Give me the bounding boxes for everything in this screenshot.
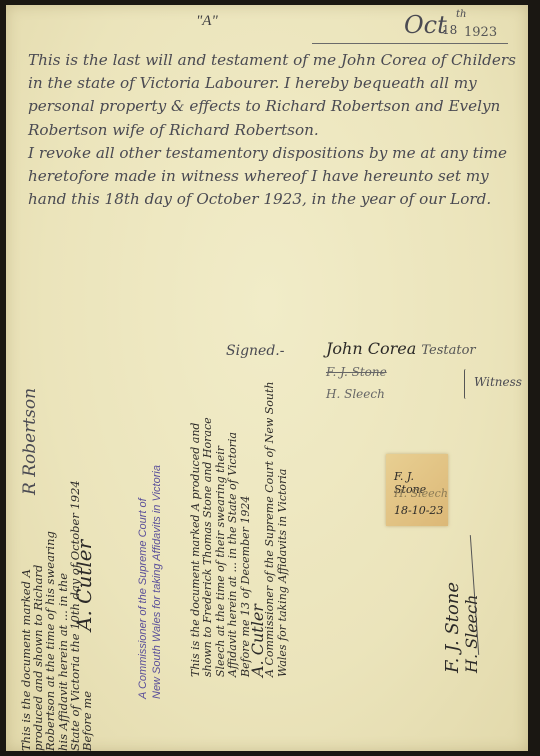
will-document-page: "A" Oct 18 th 1923 This is the last will… (6, 5, 528, 751)
signed-label: Signed.- (226, 343, 284, 359)
date-suffix: th (456, 9, 466, 20)
stamp-date: 18-10-23 (394, 504, 443, 517)
endorsement-line: A Commissioner of the Supreme Court of N… (264, 417, 276, 677)
document-marker: "A" (196, 13, 218, 30)
will-body: This is the last will and testament of m… (28, 49, 518, 211)
endorsement-line: Affidavit herein at ... in the State of … (227, 417, 239, 677)
vertical-signature-sleech: H. Sleech (462, 595, 481, 673)
date-day: 18 (442, 23, 457, 37)
affidavit-endorsement-robertson: This is the document marked A produced a… (20, 461, 93, 751)
paragraph-bequest: This is the last will and testament of m… (28, 49, 518, 142)
endorsement-line: Wales for taking Affidavits in Victoria (277, 417, 289, 677)
endorsement-line: his Affidavit herein at ... in the (57, 461, 69, 751)
stamp-line: New South Wales for taking Affidavits in… (150, 465, 164, 699)
document-date: Oct 18 th 1923 (312, 17, 508, 44)
stamp-line: A Commissioner of the Supreme Court of (136, 465, 150, 699)
commissioner-rubber-stamp: A Commissioner of the Supreme Court of N… (136, 465, 164, 699)
endorsement-line: shown to Frederick Thomas Stone and Hora… (202, 417, 214, 677)
witness-brace (464, 369, 469, 399)
affidavit-endorsement-witnesses: This is the document marked A produced a… (190, 417, 289, 677)
paragraph-revocation: I revoke all other testamentory disposit… (28, 142, 518, 212)
testator-signature: John Corea Testator (326, 339, 476, 358)
testator-name: John Corea (326, 339, 416, 358)
commissioner-signature: A. Cutler (78, 540, 90, 631)
witness-label: Witness (474, 375, 522, 389)
vertical-signature-stone: F. J. Stone (442, 582, 463, 673)
witness-signature-stone: F. J. Stone (326, 365, 387, 379)
revenue-stamp: F. J. Stone H. Sleech 18-10-23 (386, 454, 448, 526)
witness-signature-sleech: H. Sleech (326, 387, 385, 401)
testator-role: Testator (421, 343, 475, 358)
endorsement-line: Robertson at the time of his swearing (44, 461, 56, 751)
date-month: Oct (404, 11, 447, 39)
stamp-signature: H. Sleech (394, 487, 448, 500)
date-year: 1923 (464, 25, 497, 40)
